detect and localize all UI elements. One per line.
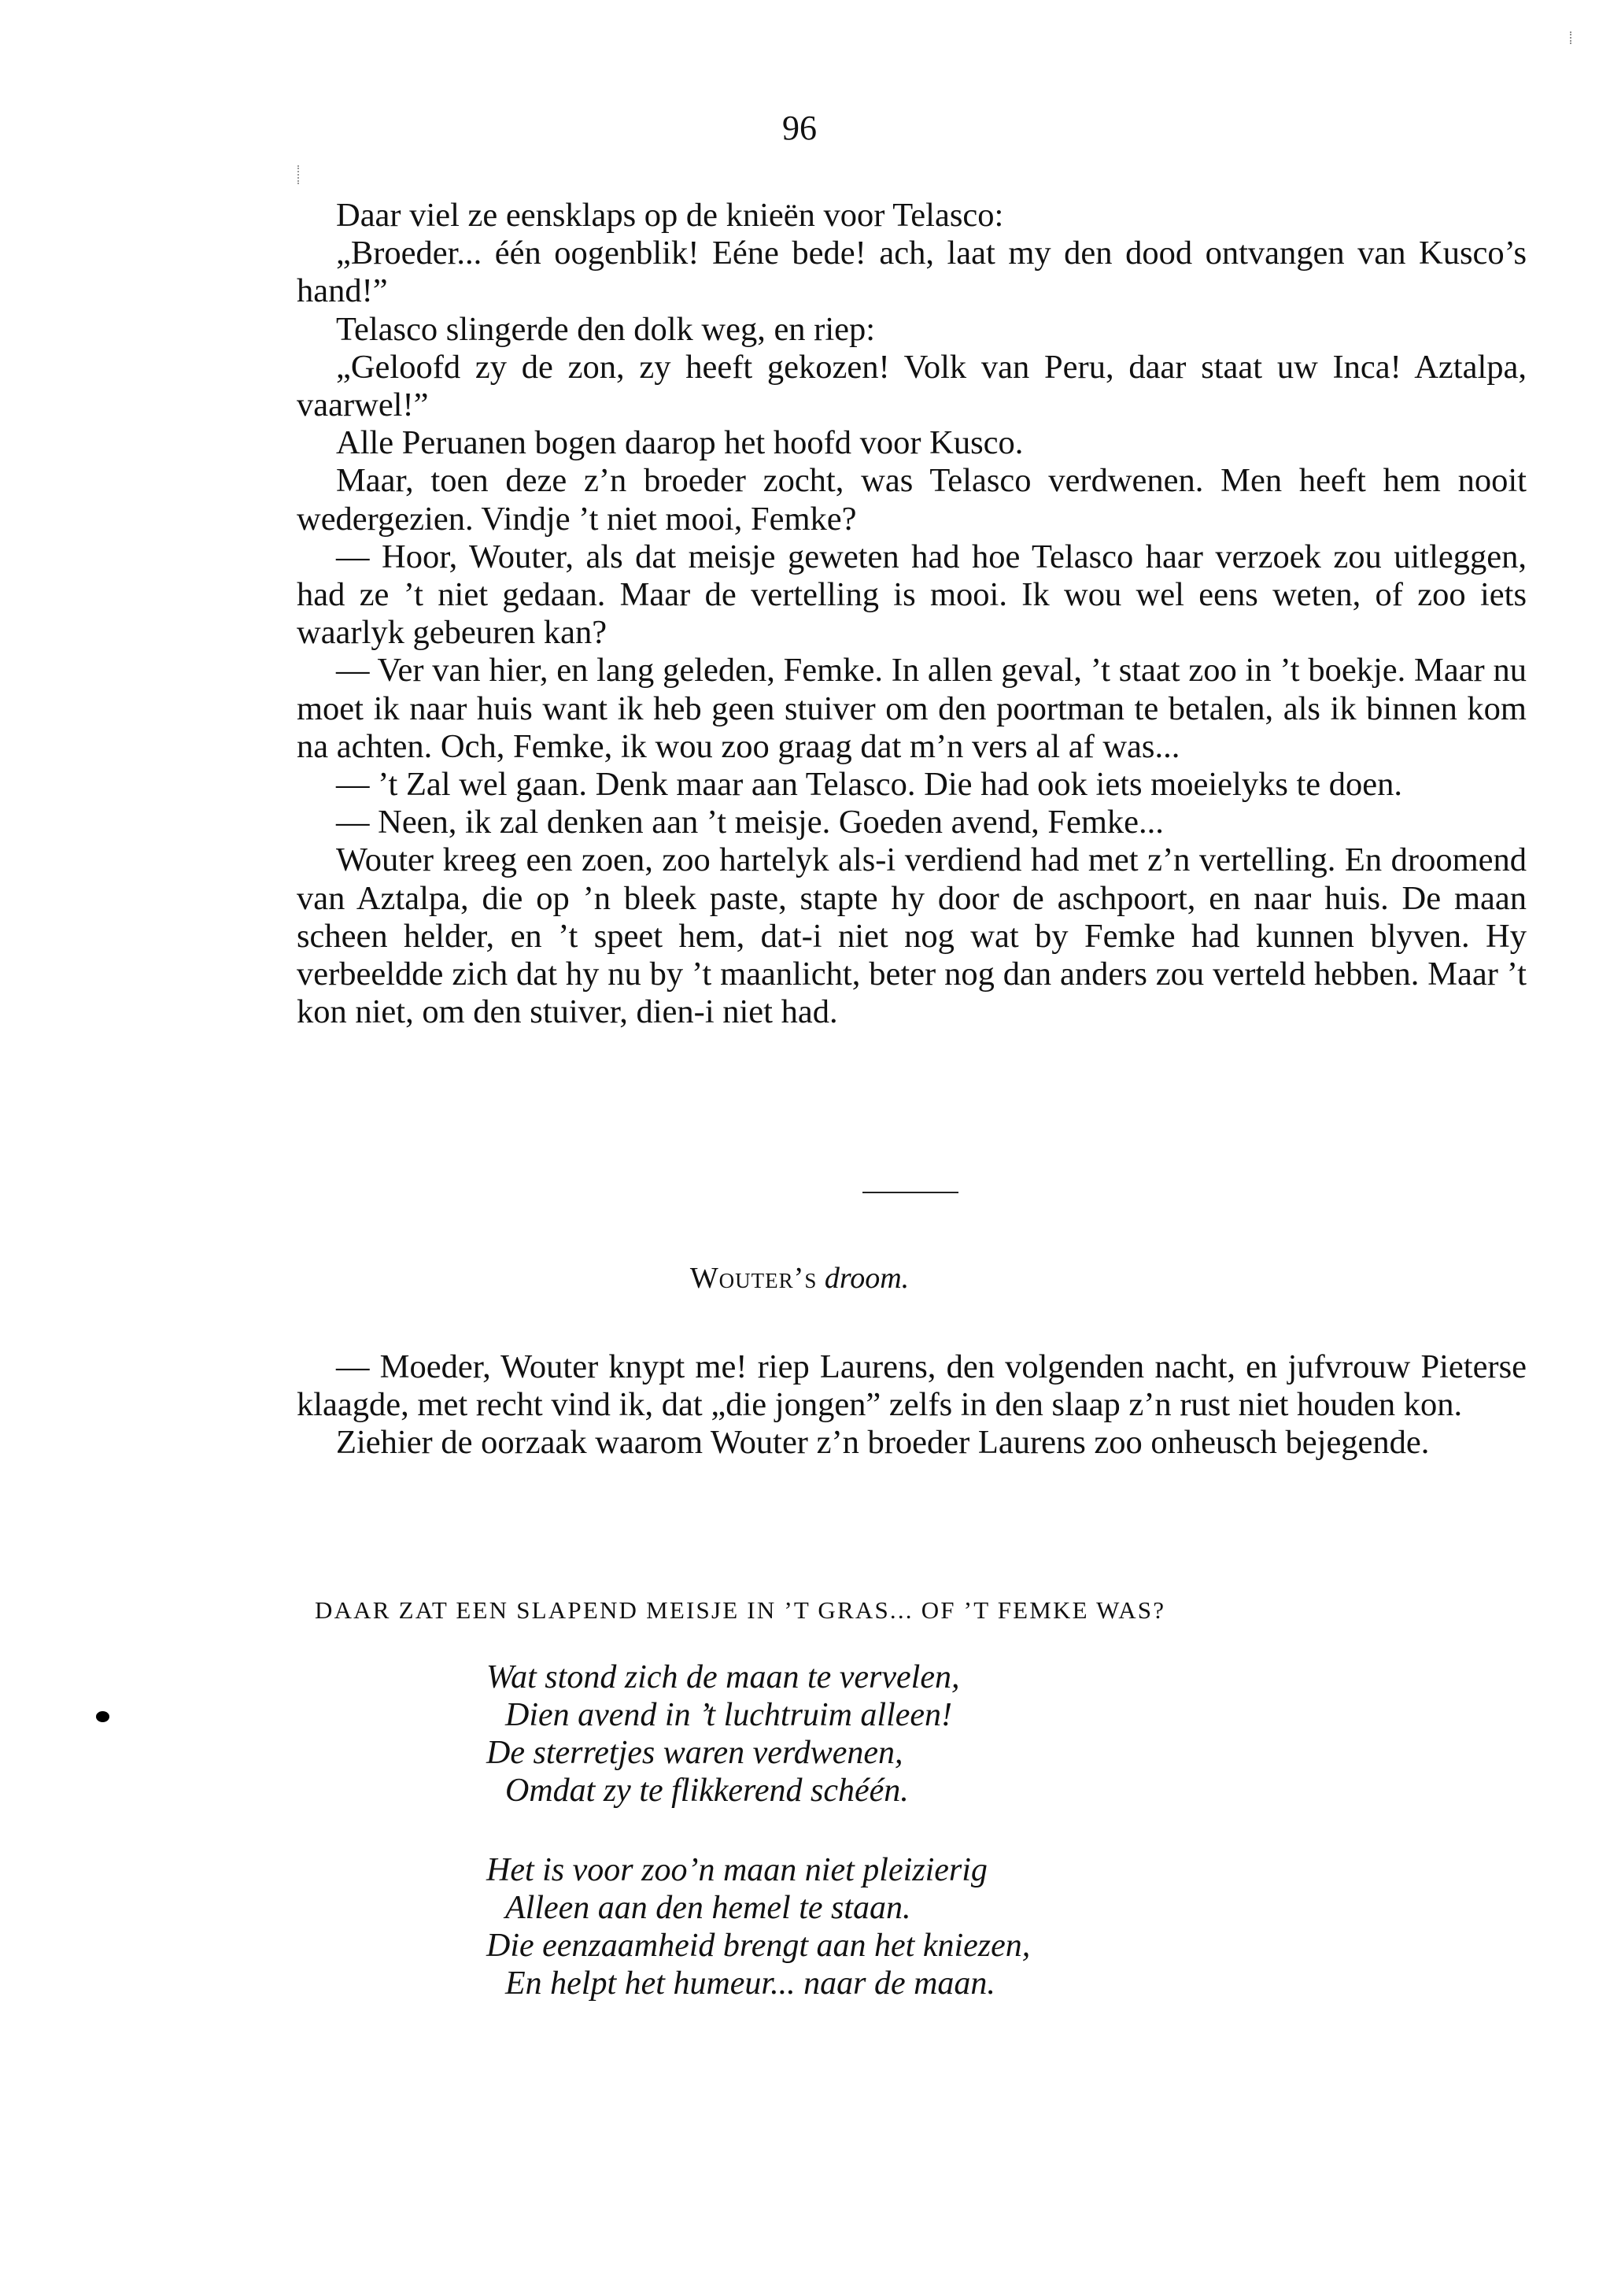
margin-mark: [297, 165, 301, 184]
poem-heading: Daar zat een slapend meisje in ’t gras..…: [315, 1595, 1527, 1626]
poem-line: Die eenzaamheid brengt aan het kniezen,: [486, 1927, 1509, 1965]
paragraph: Wouter kreeg een zoen, zoo hartelyk als-…: [297, 841, 1527, 1031]
corner-mark: [1570, 31, 1578, 44]
page-number: 96: [0, 109, 1599, 148]
paragraph: — Ver van hier, en lang geleden, Femke. …: [297, 652, 1527, 766]
poem-line: De sterretjes waren verdwenen,: [486, 1734, 1509, 1772]
poem-stanza: Het is voor zoo’n maan niet pleizierig A…: [486, 1851, 1509, 2002]
paragraph: Ziehier de oorzaak waarom Wouter z’n bro…: [297, 1424, 1527, 1462]
paragraph: Maar, toen deze z’n broeder zocht, was T…: [297, 462, 1527, 538]
paragraph: — Neen, ik zal denken aan ’t meisje. Goe…: [297, 804, 1527, 841]
paragraph: Telasco slingerde den dolk weg, en riep:: [297, 311, 1527, 349]
section-title-italic: droom.: [825, 1262, 909, 1295]
poem-line: Alleen aan den hemel te staan.: [486, 1889, 1509, 1927]
paragraph: „Geloofd zy de zon, zy heeft gekozen! Vo…: [297, 349, 1527, 424]
ink-spot: [96, 1711, 109, 1722]
poem-line: En helpt het humeur... naar de maan.: [486, 1965, 1509, 2002]
section-title: Wouter’s droom.: [0, 1261, 1599, 1296]
story-continuation: Daar viel ze eensklaps op de knieën voor…: [297, 197, 1527, 1031]
section-title-name: Wouter’s: [690, 1262, 818, 1295]
paragraph: — Hoor, Wouter, als dat meisje geweten h…: [297, 538, 1527, 653]
poem-line: Omdat zy te flikkerend schéén.: [486, 1772, 1509, 1810]
section-body: — Moeder, Wouter knypt me! riep Laurens,…: [297, 1348, 1527, 1462]
paragraph: — ’t Zal wel gaan. Denk maar aan Telasco…: [297, 766, 1527, 804]
paragraph: Daar viel ze eensklaps op de knieën voor…: [297, 197, 1527, 235]
paragraph: Alle Peruanen bogen daarop het hoofd voo…: [297, 424, 1527, 462]
poem-line: Het is voor zoo’n maan niet pleizierig: [486, 1851, 1509, 1889]
section-separator: [862, 1192, 958, 1193]
poem-stanza: Wat stond zich de maan te vervelen, Dien…: [486, 1658, 1509, 1810]
paragraph: — Moeder, Wouter knypt me! riep Laurens,…: [297, 1348, 1527, 1424]
poem-line: Dien avend in ’t luchtruim alleen!: [486, 1696, 1509, 1734]
paragraph: „Broeder... één oogenblik! Eéne bede! ac…: [297, 235, 1527, 310]
poem-line: Wat stond zich de maan te vervelen,: [486, 1658, 1509, 1696]
